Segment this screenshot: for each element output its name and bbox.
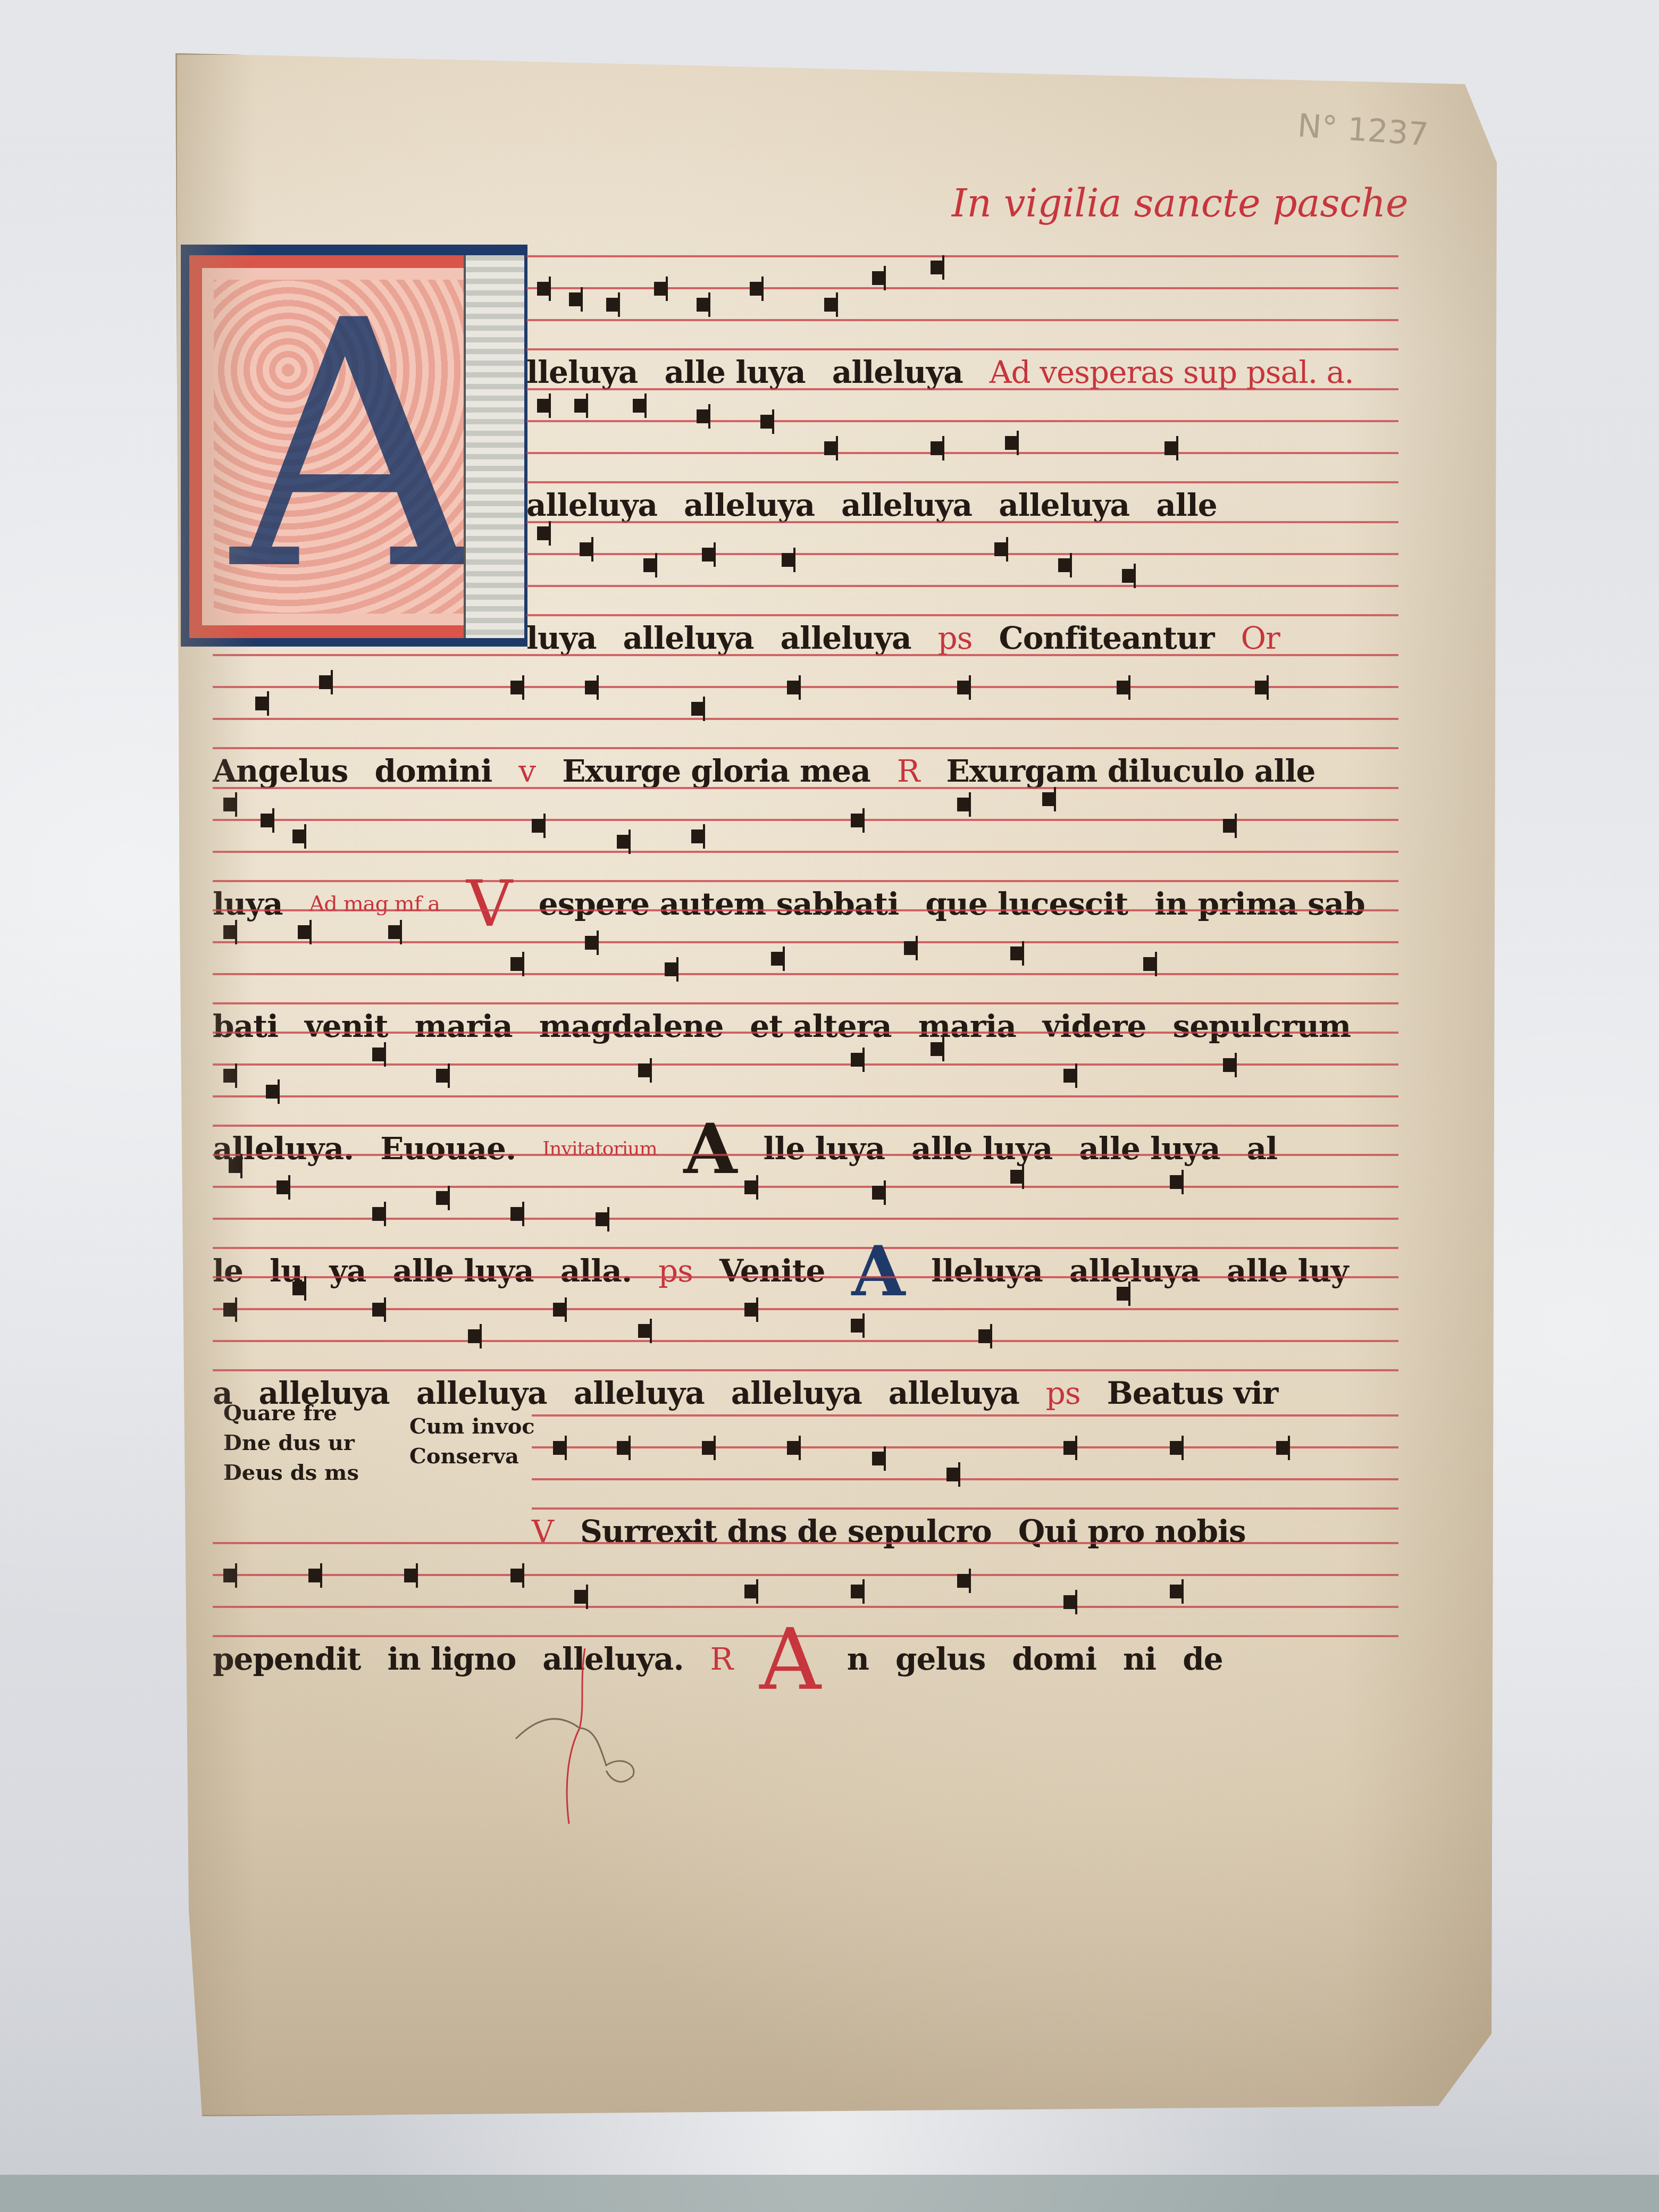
music-system-9: a alleluya alleluya alleluya alleluya al… (213, 1271, 1398, 1414)
lyric-word: alle luya (664, 354, 805, 390)
lyric-word: lleluya (526, 354, 638, 390)
lyric-word: que lucescit (925, 886, 1128, 922)
lyric-word: n (847, 1641, 869, 1677)
music-system-3: luya alleluya alleluya ps Confiteantur O… (526, 516, 1398, 659)
lyric-word: alleluya (684, 487, 815, 523)
lyrics-line-9: a alleluya alleluya alleluya alleluya al… (213, 1372, 1398, 1414)
lyric-word: alleluya (623, 620, 753, 656)
rubric-text: Invitatorium (542, 1138, 657, 1160)
lyric-word: alleluya (999, 487, 1129, 523)
lyric-word: sepulcrum (1172, 1008, 1351, 1044)
staff (213, 1271, 1398, 1372)
lyric-word: alle luya (392, 1253, 533, 1289)
lyric-word: domini (374, 753, 492, 789)
lyrics-line-10: V Surrexit dns de sepulcro Qui pro nobis (532, 1510, 1398, 1553)
music-system-11: pependit in ligno alleluya. R A n gelus … (213, 1537, 1398, 1680)
lyric-word: alleluya (574, 1375, 705, 1411)
lyrics-line-1: lleluya alle luya alleluya Ad vesperas s… (526, 351, 1398, 393)
rubric-text: Ad mag mf a (309, 892, 440, 916)
penwork-sprig-flourish (505, 1648, 643, 1829)
lyric-word: luya (213, 886, 282, 922)
lyric-word: Qui pro nobis (1018, 1513, 1246, 1549)
floor-surface (0, 2175, 1659, 2212)
cue-text: Dne dus ur (223, 1428, 359, 1458)
music-system-5: luya Ad mag mf a V espere autem sabbati … (213, 782, 1398, 925)
lyric-word: in prima sab (1154, 886, 1364, 922)
lyric-word: ni (1123, 1641, 1156, 1677)
lyrics-line-7: alleluya. Euouae. Invitatorium A lle luy… (213, 1127, 1398, 1170)
music-system-1: lleluya alle luya alleluya Ad vesperas s… (526, 250, 1398, 393)
penwork-initial-a: A (684, 1108, 737, 1189)
rubric-text: R (897, 753, 920, 789)
lyric-word: alleluya (889, 1375, 1019, 1411)
lyric-word: bati (213, 1008, 278, 1044)
music-system-6: bati venit maria magdalene et altera mar… (213, 904, 1398, 1048)
lyric-word: alleluya (841, 487, 972, 523)
music-system-10: V Surrexit dns de sepulcro Qui pro nobis (532, 1409, 1398, 1553)
lyric-word: pependit (213, 1641, 361, 1677)
initial-filigree-panel (464, 255, 524, 638)
lyric-word: alla. (560, 1253, 632, 1289)
illuminated-initial-a: A (181, 245, 527, 647)
lyric-word: a (213, 1375, 232, 1411)
rubric-text: ps (1046, 1375, 1080, 1411)
cue-text: Cum invoc (409, 1412, 535, 1442)
lyric-word: alle luya (911, 1130, 1052, 1167)
staff (213, 1149, 1398, 1250)
lyric-word: Venite (719, 1253, 825, 1289)
lyric-word: le (213, 1253, 243, 1289)
staff (526, 516, 1398, 617)
rubric-text: Or (1241, 620, 1279, 656)
music-system-4: Angelus domini v Exurge gloria mea R Exu… (213, 649, 1398, 792)
lyric-word: Exurgam diluculo alle (946, 753, 1315, 789)
lyric-word: alle luy (1227, 1253, 1348, 1289)
lyric-word: Confiteantur (999, 620, 1214, 656)
lyric-word: in ligno (387, 1641, 516, 1677)
lyric-word: alleluya (832, 354, 963, 390)
shelfmark-pencil: N° 1237 (1296, 107, 1430, 153)
lyric-word: alleluya. (213, 1130, 354, 1167)
lyric-word: Exurge gloria mea (562, 753, 870, 789)
lyric-word: venit (305, 1008, 388, 1044)
rubric-text: R (710, 1641, 733, 1677)
music-system-7: alleluya. Euouae. Invitatorium A lle luy… (213, 1026, 1398, 1170)
lyrics-line-11: pependit in ligno alleluya. R A n gelus … (213, 1638, 1398, 1680)
lyric-word: espere autem sabbati (539, 886, 899, 922)
psalm-cue-column-1: Quare fre Dne dus ur Deus ds ms (223, 1398, 359, 1488)
staff (532, 1409, 1398, 1510)
cue-text: Conserva (409, 1442, 535, 1471)
lyric-word: magdalene (539, 1008, 724, 1044)
lyric-word: Euouae. (380, 1130, 516, 1167)
lyric-word: gelus (895, 1641, 985, 1677)
rubric-text: ps (938, 620, 973, 656)
lyric-word: alleluya. (542, 1641, 683, 1677)
lyric-word: maria (918, 1008, 1016, 1044)
music-system-2: alleluya alleluya alleluya alleluya alle (526, 383, 1398, 526)
lyric-word: lle luya (763, 1130, 885, 1167)
cue-text: Deus ds ms (223, 1458, 359, 1488)
lyric-word: luya (526, 620, 596, 656)
staff (213, 1537, 1398, 1638)
blue-initial-a: A (851, 1230, 904, 1312)
staff (213, 782, 1398, 883)
rubric-text: ps (658, 1253, 693, 1289)
staff (213, 904, 1398, 1005)
lyric-word: lleluya (931, 1253, 1042, 1289)
staff (213, 1026, 1398, 1127)
parchment-leaf: N° 1237 In vigilia sancte pasche A llelu… (175, 53, 1505, 2116)
lyric-word: ya (329, 1253, 366, 1289)
lyrics-line-2: alleluya alleluya alleluya alleluya alle (526, 484, 1398, 526)
lyric-word: Beatus vir (1107, 1375, 1278, 1411)
lyric-word: de (1183, 1641, 1222, 1677)
rubric-text: Ad vesperas sup psal. a. (990, 354, 1354, 390)
lyric-word: alleluya (259, 1375, 390, 1411)
lyric-word: domi (1012, 1641, 1096, 1677)
staff (213, 649, 1398, 750)
lyric-word: al (1247, 1130, 1278, 1167)
lyric-word: alleluya (416, 1375, 547, 1411)
lyric-word: alle (1156, 487, 1217, 523)
lyric-word: alleluya (731, 1375, 862, 1411)
lyric-word: maria (415, 1008, 513, 1044)
lyric-word: et altera (750, 1008, 891, 1044)
lyric-word: alleluya (526, 487, 657, 523)
lyrics-line-5: luya Ad mag mf a V espere autem sabbati … (213, 883, 1398, 925)
lyric-word: videre (1043, 1008, 1146, 1044)
lyrics-line-3: luya alleluya alleluya ps Confiteantur O… (526, 617, 1398, 659)
staff (526, 250, 1398, 351)
cue-text: Quare fre (223, 1398, 359, 1428)
lyric-word: alleluya (781, 620, 911, 656)
heading-rubric: In vigilia sancte pasche (952, 181, 1409, 225)
lyric-word: Angelus (213, 753, 348, 789)
lyric-word: Surrexit dns de sepulcro (580, 1513, 992, 1549)
lyrics-line-6: bati venit maria magdalene et altera mar… (213, 1005, 1398, 1048)
staff (526, 383, 1398, 484)
lyric-word: alleluya (1069, 1253, 1200, 1289)
music-system-8: le lu ya alle luya alla. ps Venite A lle… (213, 1149, 1398, 1292)
initial-letter: A (189, 255, 519, 638)
lyric-word: alle luya (1079, 1130, 1220, 1167)
lyrics-line-8: le lu ya alle luya alla. ps Venite A lle… (213, 1250, 1398, 1292)
red-initial-a: A (759, 1610, 820, 1709)
red-initial-v: V (466, 867, 512, 941)
lyrics-line-4: Angelus domini v Exurge gloria mea R Exu… (213, 750, 1398, 792)
rubric-text: V (532, 1513, 554, 1549)
lyric-word: lu (270, 1253, 303, 1289)
psalm-cue-column-2: Cum invoc Conserva (409, 1412, 535, 1471)
rubric-text: v (518, 753, 535, 789)
